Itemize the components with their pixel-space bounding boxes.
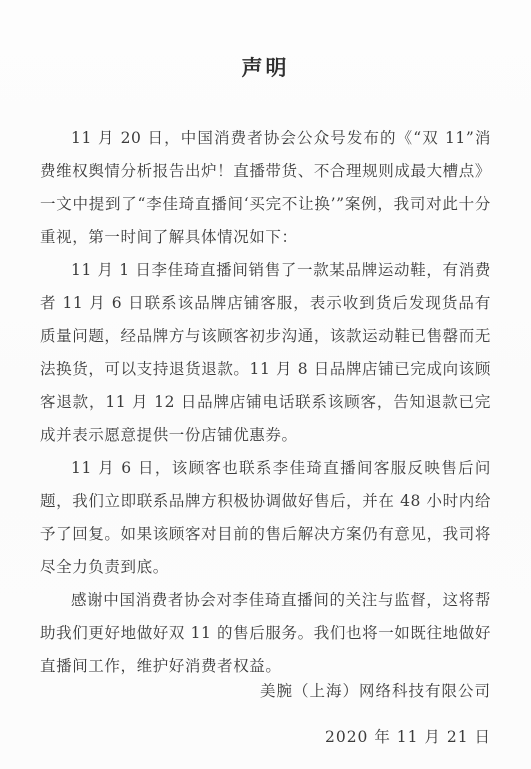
paragraph: 感谢中国消费者协会对李佳琦直播间的关注与监督，这将帮助我们更好地做好双 11 的… [40, 584, 491, 683]
document-body: 11 月 20 日，中国消费者协会公众号发布的《“双 11”消费维权舆情分析报告… [0, 122, 531, 683]
company-signature: 美腕（上海）网络科技有限公司 [260, 679, 491, 701]
document-title: 声明 [0, 0, 531, 82]
signature-block: 美腕（上海）网络科技有限公司 2020 年 11 月 21 日 [260, 679, 491, 747]
statement-document: 声明 11 月 20 日，中国消费者协会公众号发布的《“双 11”消费维权舆情分… [0, 0, 531, 769]
paragraph: 11 月 1 日李佳琦直播间销售了一款某品牌运动鞋，有消费者 11 月 6 日联… [40, 254, 491, 452]
document-date: 2020 年 11 月 21 日 [260, 725, 491, 747]
paragraph: 11 月 6 日，该顾客也联系李佳琦直播间客服反映售后问题，我们立即联系品牌方积… [40, 452, 491, 584]
paragraph: 11 月 20 日，中国消费者协会公众号发布的《“双 11”消费维权舆情分析报告… [40, 122, 491, 254]
